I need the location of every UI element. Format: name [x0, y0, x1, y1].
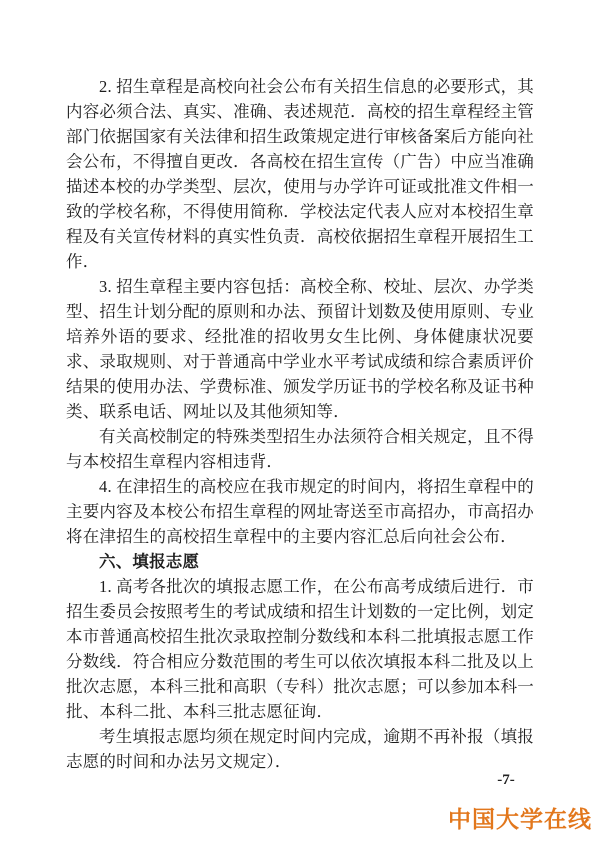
- paragraph-volunteer-filling-item-1: 1. 高考各批次的填报志愿工作，在公布高考成绩后进行．市招生委员会按照考生的考试…: [66, 574, 534, 724]
- paragraph-admission-charter-item-2: 2. 招生章程是高校向社会公布有关招生信息的必要形式，其内容必须合法、真实、准确…: [66, 74, 534, 274]
- paragraph-admission-charter-item-4: 4. 在津招生的高校应在我市规定的时间内，将招生章程中的主要内容及本校公布招生章…: [66, 474, 534, 549]
- document-text-block: 2. 招生章程是高校向社会公布有关招生信息的必要形式，其内容必须合法、真实、准确…: [66, 74, 534, 774]
- scanned-document-page: 2. 招生章程是高校向社会公布有关招生信息的必要形式，其内容必须合法、真实、准确…: [0, 0, 600, 848]
- watermark-china-university-online: 中国大学在线: [448, 801, 592, 834]
- section-heading-six-volunteer-filling: 六、填报志愿: [66, 549, 534, 574]
- paragraph-special-admission-rule: 有关高校制定的特殊类型招生办法须符合相关规定，且不得与本校招生章程内容相违背．: [66, 424, 534, 474]
- paragraph-admission-charter-item-3: 3. 招生章程主要内容包括：高校全称、校址、层次、办学类型、招生计划分配的原则和…: [66, 274, 534, 424]
- paragraph-volunteer-deadline: 考生填报志愿均须在规定时间内完成，逾期不再补报（填报志愿的时间和办法另文规定）．: [66, 724, 534, 774]
- page-number: -7-: [488, 772, 524, 789]
